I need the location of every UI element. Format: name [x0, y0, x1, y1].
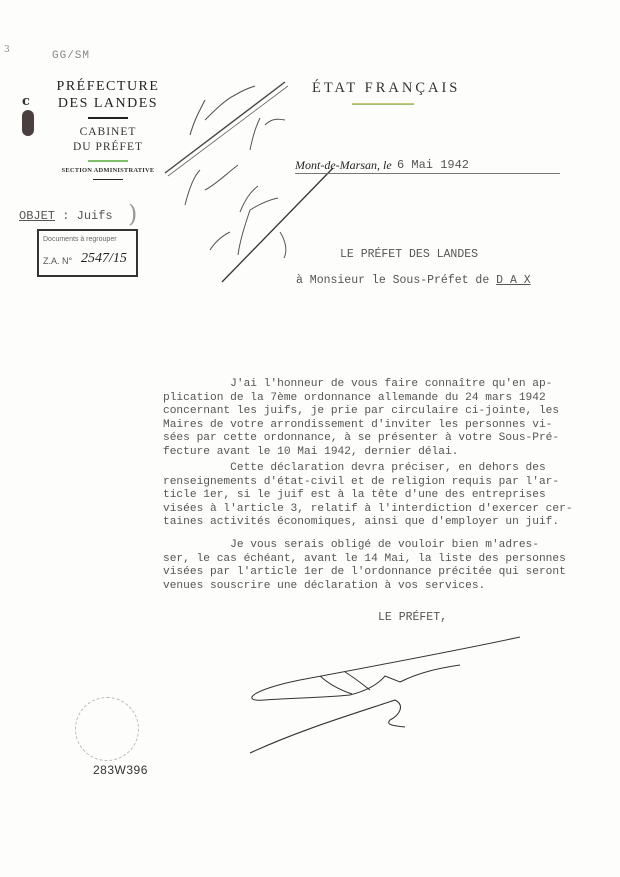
- archive-stamp: Documents à regrouper Z.A. N° 2547/15: [37, 229, 138, 277]
- subject-label: OBJET: [19, 209, 55, 223]
- stamp-number-value: 2547/15: [81, 251, 127, 267]
- subject-separator: :: [55, 209, 77, 223]
- stamp-number-label: Z.A. N°: [43, 256, 72, 266]
- body-paragraph-2: Cette déclaration devra préciser, en deh…: [163, 462, 563, 530]
- subject-value: Juifs: [77, 209, 113, 223]
- recipient-line: à Monsieur le Sous-Préfet de D A X: [296, 274, 531, 287]
- sender-line: LE PRÉFET DES LANDES: [340, 248, 478, 261]
- cabinet-divider: [88, 160, 128, 162]
- prefecture-header: PRÉFECTURE DES LANDES CABINET DU PRÉFET …: [48, 78, 168, 185]
- stamp-title: Documents à regrouper: [43, 236, 117, 243]
- prefecture-line-1: PRÉFECTURE: [48, 78, 168, 95]
- subject-bracket: ): [128, 200, 137, 228]
- section-divider: [93, 179, 123, 180]
- state-header: ÉTAT FRANÇAIS: [312, 80, 460, 97]
- state-header-rule: [352, 103, 414, 105]
- date-place: Mont-de-Marsan, le: [295, 158, 392, 173]
- header-divider: [88, 117, 128, 119]
- body-paragraph-3: Je vous serais obligé de vouloir bien m'…: [163, 539, 563, 593]
- subject-line: OBJET : Juifs: [19, 209, 113, 223]
- binder-hole: [22, 110, 34, 136]
- body-paragraph-1: J'ai l'honneur de vous faire connaître q…: [163, 378, 563, 459]
- reference-code: GG/SM: [52, 50, 90, 62]
- recipient-place: D A X: [496, 274, 531, 287]
- archive-number: 283W396: [93, 763, 148, 777]
- cabinet-line-1: CABINET: [48, 125, 168, 140]
- section-label: SECTION ADMINISTRATIVE: [48, 167, 168, 174]
- archive-seal: [75, 697, 139, 761]
- date-value: 6 Mai 1942: [397, 158, 469, 172]
- cabinet-line-2: DU PRÉFET: [48, 140, 168, 155]
- margin-mark: 3: [4, 45, 10, 55]
- binder-hole-mark: c: [22, 94, 30, 109]
- signoff: LE PRÉFET,: [378, 611, 447, 624]
- recipient-prefix: à Monsieur le Sous-Préfet de: [296, 274, 496, 287]
- prefecture-line-2: DES LANDES: [48, 95, 168, 112]
